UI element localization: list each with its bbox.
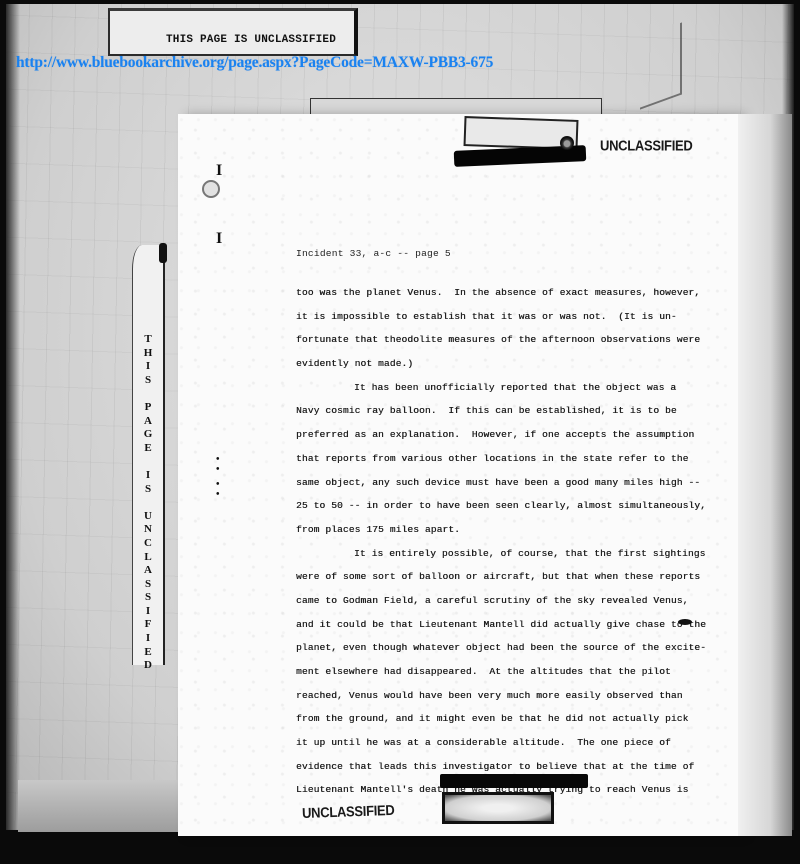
text-line: reached, Venus would have been very much… xyxy=(296,684,706,708)
text-line: from places 175 miles apart. xyxy=(296,518,706,542)
fastener-icon: I xyxy=(216,232,224,246)
text-line: Navy cosmic ray balloon. If this can be … xyxy=(296,399,706,423)
top-stamp-text: THIS PAGE IS UNCLASSIFIED xyxy=(166,34,336,46)
margin-mark-icon: • xyxy=(216,464,220,475)
text-line: It has been unofficially reported that t… xyxy=(296,376,706,400)
text-line: were of some sort of balloon or aircraft… xyxy=(296,565,706,589)
text-line: came to Godman Field, a careful scrutiny… xyxy=(296,589,706,613)
text-line: fortunate that theodolite measures of th… xyxy=(296,328,706,352)
grommet-icon xyxy=(560,136,574,150)
document-page: UNCLASSIFIED I I • • • • Incident 33, a-… xyxy=(178,114,738,836)
top-classification-stamp: THIS PAGE IS UNCLASSIFIED xyxy=(108,8,358,56)
text-line: preferred as an explanation. However, if… xyxy=(296,423,706,447)
classification-stamp-top: UNCLASSIFIED xyxy=(600,137,692,154)
text-line: It is entirely possible, of course, that… xyxy=(296,542,706,566)
redaction-box-bottom xyxy=(442,792,554,824)
text-line: it is impossible to establish that it wa… xyxy=(296,305,706,329)
punch-hole-icon xyxy=(202,180,220,198)
text-line: that reports from various other location… xyxy=(296,447,706,471)
archive-url-link[interactable]: http://www.bluebookarchive.org/page.aspx… xyxy=(16,54,493,72)
document-body: too was the planet Venus. In the absence… xyxy=(296,281,706,802)
document-header: Incident 33, a-c -- page 5 xyxy=(296,248,451,259)
corner-pencil-mark xyxy=(640,22,682,109)
text-line: and it could be that Lieutenant Mantell … xyxy=(296,613,706,637)
text-line: 25 to 50 -- in order to have been seen c… xyxy=(296,494,706,518)
text-line: too was the planet Venus. In the absence… xyxy=(296,281,706,305)
margin-mark-icon: • xyxy=(216,489,220,500)
fastener-icon: I xyxy=(216,164,224,178)
scan-shadow xyxy=(18,780,178,832)
redaction-bar-bottom xyxy=(440,774,588,788)
classification-stamp-bottom: UNCLASSIFIED xyxy=(302,802,395,822)
text-line: from the ground, and it might even be th… xyxy=(296,707,706,731)
text-line: planet, even though whatever object had … xyxy=(296,636,706,660)
page-edge-shadow xyxy=(738,114,792,836)
text-line: evidently not made.) xyxy=(296,352,706,376)
text-line: ment elsewhere had disappeared. At the a… xyxy=(296,660,706,684)
ink-blot xyxy=(678,619,692,625)
text-line: it up until he was at a considerable alt… xyxy=(296,731,706,755)
text-line: same object, any such device must have b… xyxy=(296,471,706,495)
side-classification-strip: T H I S P A G E I S U N C L A S S I F I … xyxy=(132,245,165,665)
side-strip-text: T H I S P A G E I S U N C L A S S I F I … xyxy=(141,333,155,673)
